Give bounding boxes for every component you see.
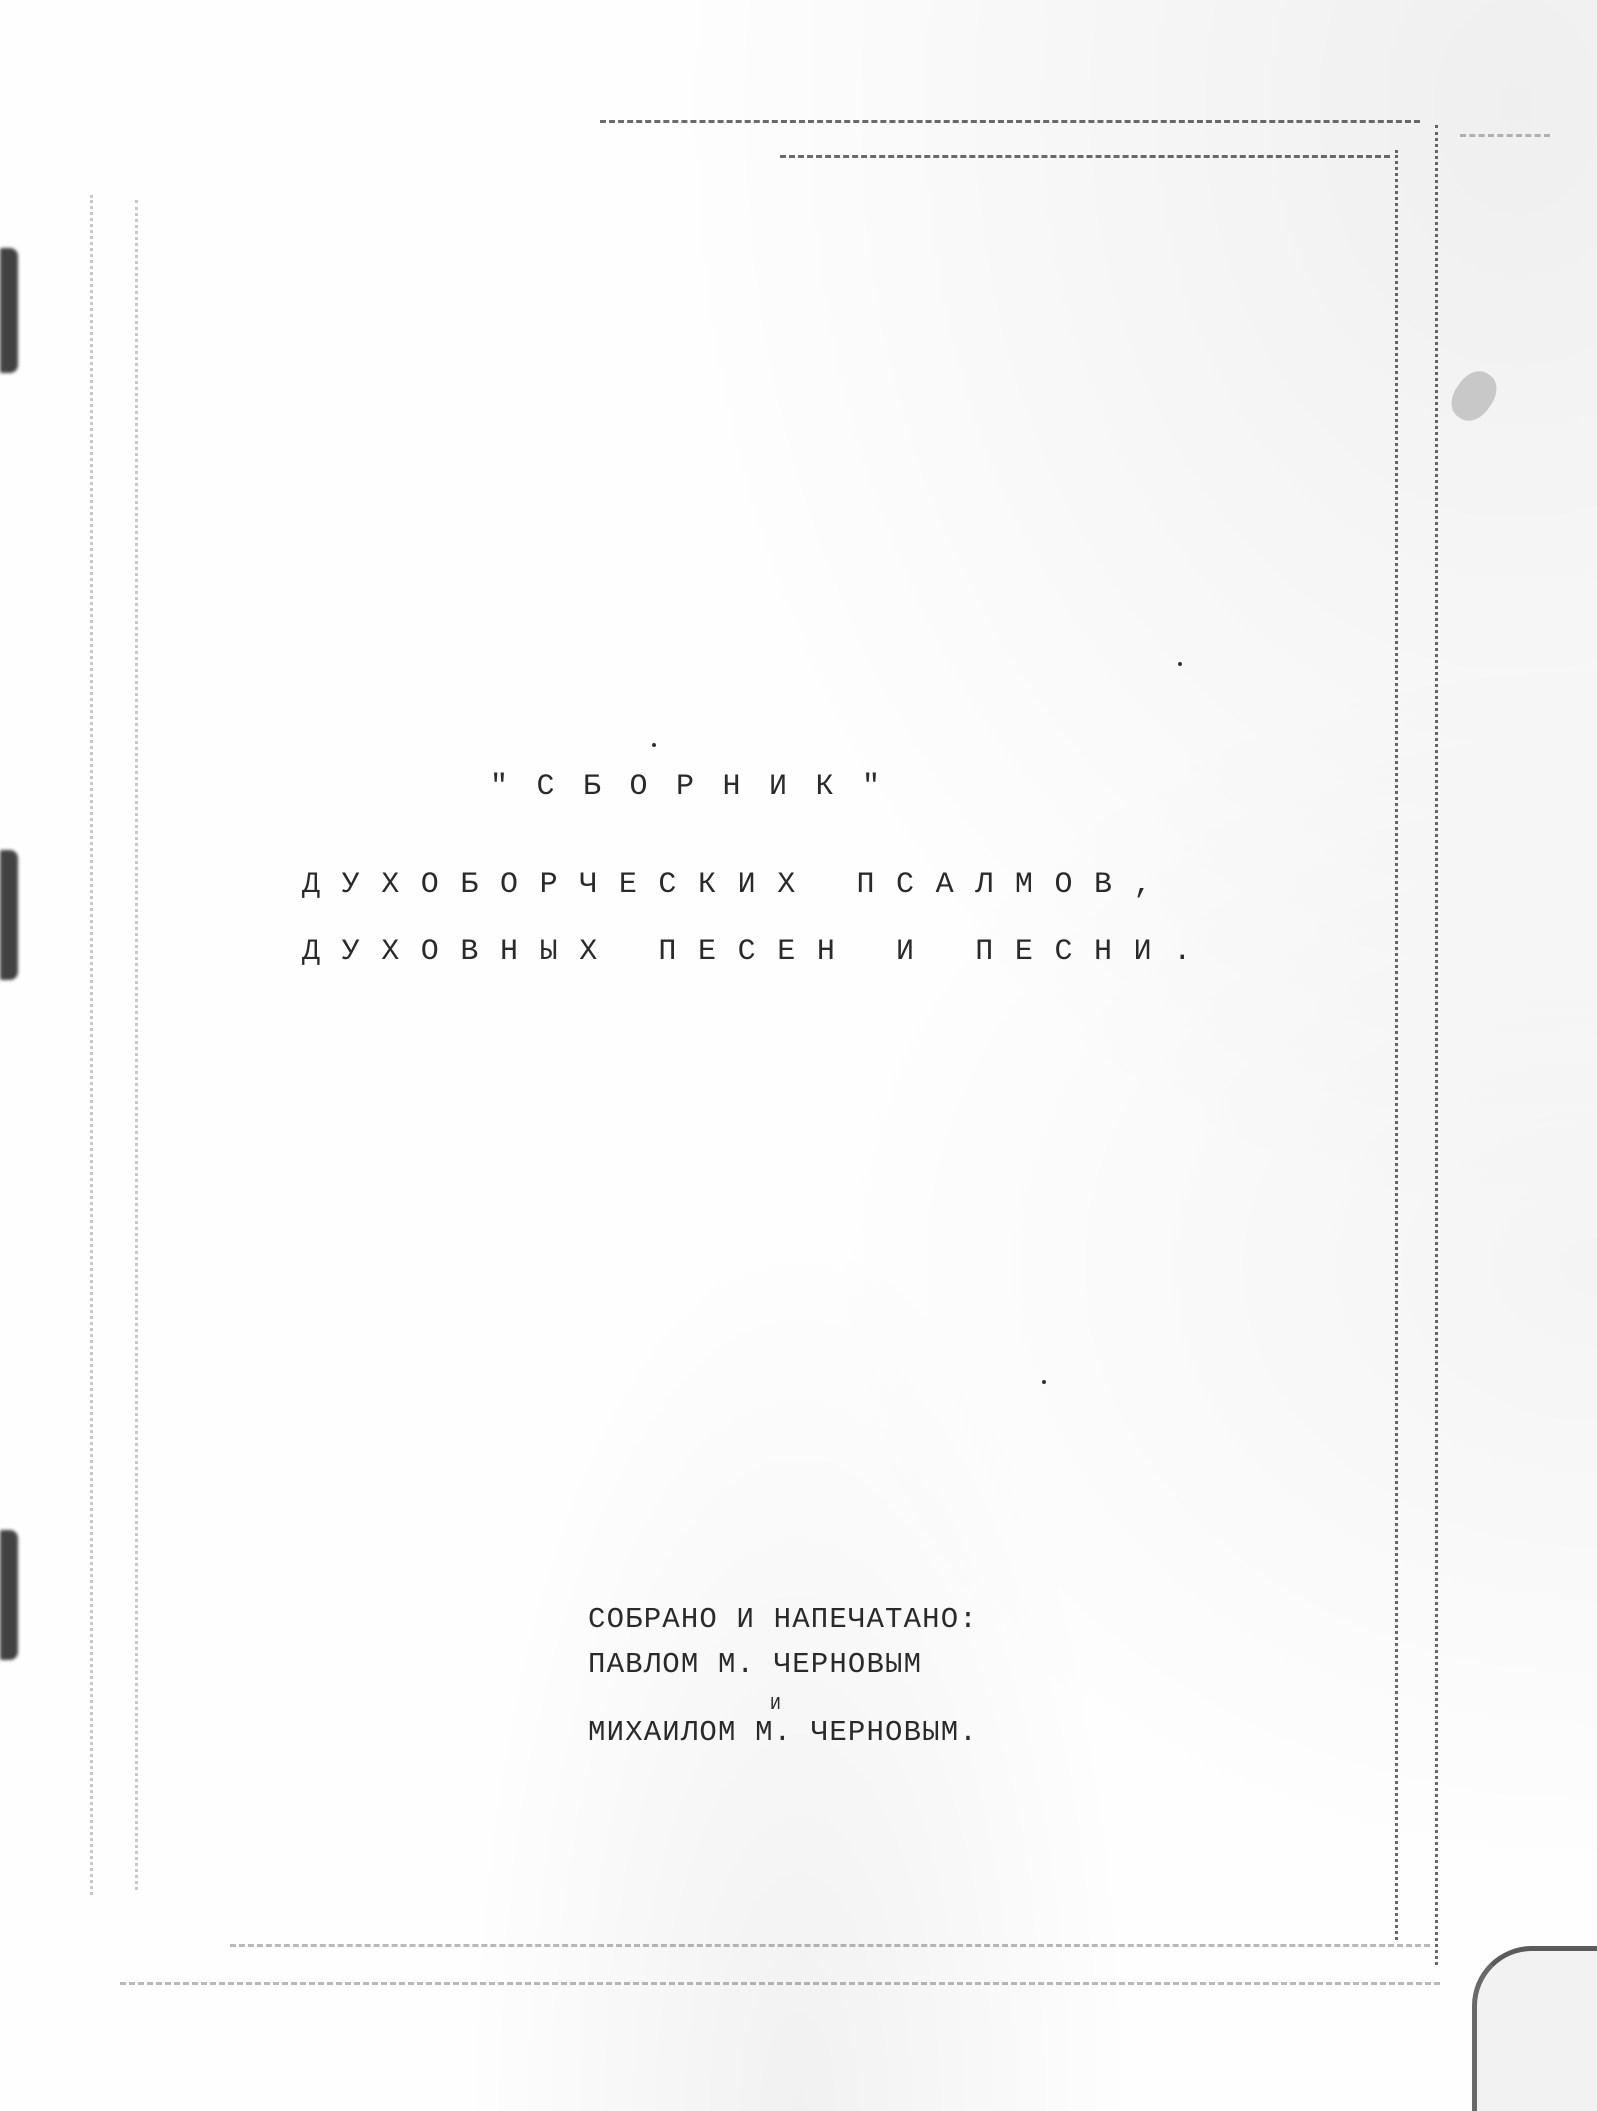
frame-border-bottom-inner <box>230 1944 1430 1947</box>
credits-author-2: МИХАИЛОМ М. ЧЕРНОВЫМ. <box>588 1716 1597 1749</box>
paper-stain <box>1444 364 1505 428</box>
ink-speck <box>652 743 656 747</box>
frame-border-left-inner <box>135 200 138 1890</box>
frame-border-left-outer <box>90 195 93 1895</box>
frame-border-right-outer <box>1435 125 1438 1965</box>
document-title: "СБОРНИК" <box>490 770 1597 804</box>
frame-border-top-inner <box>780 155 1390 158</box>
credits-author-1: ПАВЛОМ М. ЧЕРНОВЫМ <box>588 1648 1597 1681</box>
torn-corner <box>1472 1946 1597 2111</box>
ink-speck <box>1042 1380 1046 1384</box>
credits-label: СОБРАНО И НАПЕЧАТАНО: <box>588 1603 1597 1636</box>
scanned-page: "СБОРНИК" ДУХОБОРЧЕСКИХ ПСАЛМОВ, ДУХОВНЫ… <box>0 0 1597 2111</box>
subtitle-line-1: ДУХОБОРЧЕСКИХ ПСАЛМОВ, <box>302 868 1597 902</box>
frame-border-top-extension <box>1460 134 1550 137</box>
binding-hole-mark <box>0 1530 18 1660</box>
binding-hole-mark <box>0 248 18 373</box>
binding-hole-mark <box>0 850 18 980</box>
frame-border-bottom-outer <box>120 1982 1440 1985</box>
credits-conjunction: И <box>770 1695 1597 1716</box>
subtitle-line-2: ДУХОВНЫХ ПЕСЕН И ПЕСНИ. <box>302 935 1597 969</box>
ink-speck <box>1178 662 1182 666</box>
frame-border-top-outer <box>600 120 1420 123</box>
